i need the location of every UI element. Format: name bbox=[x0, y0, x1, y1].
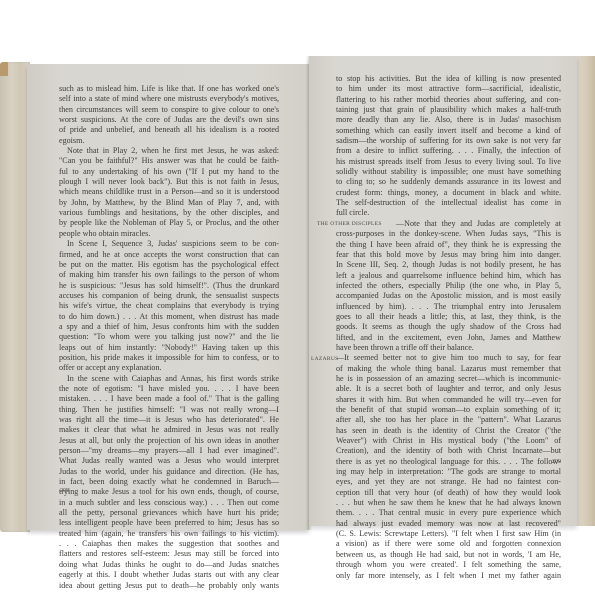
text-line: Jesus at all, but only the projection of… bbox=[59, 436, 279, 446]
text-line: has seen in death is the identity of Chr… bbox=[336, 426, 561, 436]
text-line: eyes, and yet they are not strange. He h… bbox=[336, 477, 561, 487]
text-line: In Scene I, Sequence 3, Judas' suspicion… bbox=[59, 239, 279, 249]
right-page-body: to stop his activities. But the idea of … bbox=[336, 74, 561, 581]
text-line: the note of egotism: "I have misled you.… bbox=[59, 384, 279, 394]
text-line: he is suspicious: "Jesus has sold himsel… bbox=[59, 281, 279, 291]
text-line: by people like the Nobleman of Play 5, o… bbox=[59, 218, 279, 228]
text-line: various fumblings and hesitations, by th… bbox=[59, 208, 279, 218]
text-line: have been thrown a trifle off their bala… bbox=[336, 343, 561, 353]
text-line: makes it clear that what he admired in J… bbox=[59, 425, 279, 435]
text-line: offer or accept any explanation. bbox=[59, 363, 279, 373]
text-line: the thing I have been afraid of", they t… bbox=[336, 240, 561, 250]
page-number-right: 209 bbox=[552, 457, 561, 467]
text-line: self into a state of mind where one mist… bbox=[59, 94, 279, 104]
text-line: a vision) as if there were some old and … bbox=[336, 539, 561, 549]
text-line: of pride and unbelief, and beneath all h… bbox=[59, 125, 279, 135]
text-line: position, his pride makes it impossible … bbox=[59, 353, 279, 363]
text-line: taining just that grain of plausibility … bbox=[336, 105, 561, 115]
text-line: the benefit of that stupid woman—to expl… bbox=[336, 405, 561, 415]
photo-scene: such as to mislead him. Life is like tha… bbox=[0, 0, 595, 595]
text-line: Judas to the world, under his guidance a… bbox=[59, 467, 279, 477]
text-line: sadism—the worship of suffering for its … bbox=[336, 136, 561, 146]
text-line: infected the others, especially Philip (… bbox=[336, 281, 561, 291]
text-line: (C. S. Lewis: Screwtape Letters). "I fel… bbox=[336, 529, 561, 539]
text-line: he is in possession of an amazing secret… bbox=[336, 374, 561, 384]
left-page-edges bbox=[0, 62, 30, 532]
text-line: treated him (again, he transfers his own… bbox=[59, 529, 279, 539]
left-page: such as to mislead him. Life is like tha… bbox=[27, 64, 309, 530]
text-line: worst suspicions. At the core of Judas a… bbox=[59, 115, 279, 125]
open-book: such as to mislead him. Life is like tha… bbox=[0, 56, 595, 542]
text-line: In Scene III, Seq. 2, though Judas is no… bbox=[336, 260, 561, 270]
text-line: firmed, and he at once accepts the worst… bbox=[59, 250, 279, 260]
text-line: The self-destruction of the intellectual… bbox=[336, 198, 561, 208]
text-line: cross-purposes in the donkey-scene. When… bbox=[336, 229, 561, 239]
text-line: able. It is a secret both of laughter an… bbox=[336, 384, 561, 394]
page-number-left: 208 bbox=[60, 486, 69, 496]
text-line: flatters and restores self-esteem: Jesus… bbox=[59, 549, 279, 559]
text-line: be put on the matter. His egotism has th… bbox=[59, 260, 279, 270]
text-line: accuses his companion of being drunk, th… bbox=[59, 291, 279, 301]
text-line: In the scene with Caiaphas and Annas, hi… bbox=[59, 374, 279, 384]
text-line: of making the whole thing banal. Lazarus… bbox=[336, 364, 561, 374]
text-line: leaps out of him instantly: "Nobody!" Ha… bbox=[59, 343, 279, 353]
text-line: "Can you be faithful?" His answer was th… bbox=[59, 156, 279, 166]
text-line: more deadly than any lie. Also, there is… bbox=[336, 115, 561, 125]
text-line: solidly without stability is impossible;… bbox=[336, 167, 561, 177]
text-line: only far more intensely, as I felt when … bbox=[336, 571, 561, 581]
text-line: to him under its most attractive form—sa… bbox=[336, 84, 561, 94]
text-line: his mistrust spreads itself from Jesus t… bbox=[336, 157, 561, 167]
right-page-edges bbox=[575, 56, 595, 526]
left-page-body: such as to mislead him. Life is like tha… bbox=[59, 84, 279, 591]
text-line: . . . but when he saw them he knew that … bbox=[336, 498, 561, 508]
text-line: something which can easily invert itself… bbox=[336, 126, 561, 136]
text-line: —It seemed better not to give him too mu… bbox=[336, 353, 561, 363]
text-line: then circumstances will seem to conspire… bbox=[59, 105, 279, 115]
text-line: people who obtain miracles. bbox=[59, 229, 279, 239]
text-line: to stop his activities. But the idea of … bbox=[336, 74, 561, 84]
text-line: there is as yet no theological language … bbox=[336, 457, 561, 467]
text-line: had always just evaded memory was now at… bbox=[336, 519, 561, 529]
text-line: all the petty, personal grievances which… bbox=[59, 508, 279, 518]
text-line: after all, she too has her place in the … bbox=[336, 415, 561, 425]
text-line: egoism. bbox=[59, 136, 279, 146]
text-line: question: "To whom were you talking just… bbox=[59, 332, 279, 342]
right-page: THE OTHER DISCIPLES LAZARUS to stop his … bbox=[309, 56, 577, 526]
text-line: ful to any undertaking of his own ("If I… bbox=[59, 167, 279, 177]
text-line: goes to all their heads a little; this, … bbox=[336, 312, 561, 322]
text-line: lifted, and in the excitement, even John… bbox=[336, 333, 561, 343]
text-line: between us, as though He had said, but n… bbox=[336, 550, 561, 560]
text-line: such as to mislead him. Life is like tha… bbox=[59, 84, 279, 94]
text-line: eagerly at this. I doubt whether Judas s… bbox=[59, 570, 279, 580]
text-line: his wife's virtue, the cheat complains t… bbox=[59, 301, 279, 311]
text-line: crudest form: things, money, a document … bbox=[336, 188, 561, 198]
text-line: to do him down.) . . . At this moment, w… bbox=[59, 312, 279, 322]
text-line: Note that in Play 2, when he first met J… bbox=[59, 146, 279, 156]
text-line: shares it with him. But when commanded h… bbox=[336, 395, 561, 405]
text-line: less intelligent people have been prefer… bbox=[59, 518, 279, 528]
text-line: accompanied Judas on the Apostolic missi… bbox=[336, 291, 561, 301]
text-line: goods. It seems as though the ugly shado… bbox=[336, 322, 561, 332]
text-line: influenced by him). . . . The triumphal … bbox=[336, 302, 561, 312]
text-line: ing may help in interpretation: "The god… bbox=[336, 467, 561, 477]
text-line: to cling to; so he suddenly demands assu… bbox=[336, 177, 561, 187]
text-line: plough I will never look back"). But thi… bbox=[59, 177, 279, 187]
text-line: —Note that they and Judas are completely… bbox=[336, 219, 561, 229]
text-line: by John, by Matthew, by the Blind Man of… bbox=[59, 198, 279, 208]
text-line: Weaver") with Christ in His mystical bod… bbox=[336, 436, 561, 446]
text-line: which means childlike trust in a Person—… bbox=[59, 187, 279, 197]
text-line: . . . Caiaphas then makes the suggestion… bbox=[59, 539, 279, 549]
text-line: of making him transfer his own failings … bbox=[59, 270, 279, 280]
text-line: was right all the time—it is Jesus who h… bbox=[59, 415, 279, 425]
text-line: them. . . . That central music in every … bbox=[336, 508, 561, 518]
text-line: in fact, been doing exactly what he cond… bbox=[59, 477, 279, 487]
text-line: What Judas really wanted was a Jesus who… bbox=[59, 456, 279, 466]
text-line: ception till that very hour (of death) o… bbox=[336, 488, 561, 498]
text-line: person—"my dreams—my prayers—all I had e… bbox=[59, 446, 279, 456]
text-line: fear that this bold move by Jesus may br… bbox=[336, 250, 561, 260]
text-line: through whom you were created'. I felt s… bbox=[336, 560, 561, 570]
text-line: flattering to his rather morbid theories… bbox=[336, 95, 561, 105]
text-line: left a jealous and quarrelsome influence… bbox=[336, 271, 561, 281]
text-line: full circle. bbox=[336, 208, 561, 218]
text-line: in a much subtler and less conscious way… bbox=[59, 498, 279, 508]
text-line: mistaken. . . . I have been made a fool … bbox=[59, 394, 279, 404]
text-line: thing. Then he justifies himself: "I was… bbox=[59, 405, 279, 415]
text-line: from a desire to inflict suffering. . . … bbox=[336, 146, 561, 156]
text-line: idea about getting Jesus put to death—he… bbox=[59, 581, 279, 591]
text-line: doing what Judas thinks he ought to do—a… bbox=[59, 560, 279, 570]
sidehead-lazarus: LAZARUS bbox=[311, 354, 338, 364]
text-line: trying to make Jesus a tool for his own … bbox=[59, 487, 279, 497]
text-line: Creation), and the identity of both with… bbox=[336, 446, 561, 456]
text-line: a spy and a thief of him, Jesus confront… bbox=[59, 322, 279, 332]
